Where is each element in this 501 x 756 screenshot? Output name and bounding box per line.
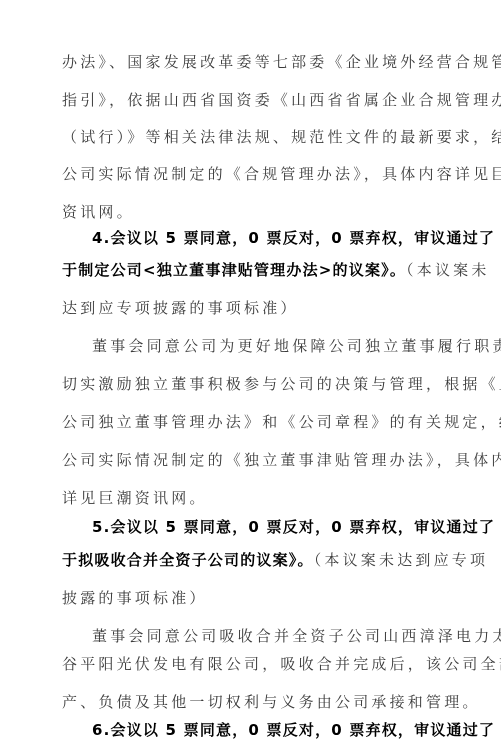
resolution-heading-4-cont: 于制定公司<独立董事津贴管理办法>的议案》。（本议案未: [62, 258, 462, 282]
body-text-line: 披露的事项标准）: [62, 586, 462, 610]
resolution-heading-5-cont: 于拟吸收合并全资子公司的议案》。（本议案未达到应专项: [62, 548, 462, 572]
body-text-line: 办法》、国家发展改革委等七部委《企业境外经营合规管理: [62, 50, 462, 74]
body-text-line: 达到应专项披露的事项标准）: [62, 296, 462, 320]
document-page: 办法》、国家发展改革委等七部委《企业境外经营合规管理 指引》，依据山西省国资委《…: [0, 0, 501, 756]
body-text-line: 公司独立董事管理办法》和《公司章程》的有关规定，结合: [62, 410, 462, 434]
resolution-heading-6: 6.会议以 5 票同意，0 票反对，0 票弃权，审议通过了《关: [92, 718, 462, 742]
body-text-line: 产、负债及其他一切权利与义务由公司承接和管理。: [62, 690, 462, 714]
body-text-line: 指引》，依据山西省国资委《山西省省属企业合规管理办法: [62, 88, 462, 112]
body-text-line: （试行）》等相关法律法规、规范性文件的最新要求，结合: [62, 125, 462, 149]
body-text-line: 公司实际情况制定的《合规管理办法》，具体内容详见巨潮: [62, 162, 462, 186]
paragraph-start: 董事会同意公司吸收合并全资子公司山西漳泽电力太: [92, 624, 462, 648]
resolution-heading-4: 4.会议以 5 票同意，0 票反对，0 票弃权，审议通过了《关: [92, 226, 462, 250]
body-text-line: 资讯网。: [62, 200, 462, 224]
body-text-line: 详见巨潮资讯网。: [62, 486, 462, 510]
resolution-heading-5: 5.会议以 5 票同意，0 票反对，0 票弃权，审议通过了《关: [92, 515, 462, 539]
paragraph-start: 董事会同意公司为更好地保障公司独立董事履行职责，: [92, 334, 462, 358]
body-text-line: 谷平阳光伏发电有限公司，吸收合并完成后，该公司全部资: [62, 652, 462, 676]
body-text-line: 切实激励独立董事积极参与公司的决策与管理，根据《上市: [62, 372, 462, 396]
body-text-line: 公司实际情况制定的《独立董事津贴管理办法》，具体内容: [62, 448, 462, 472]
